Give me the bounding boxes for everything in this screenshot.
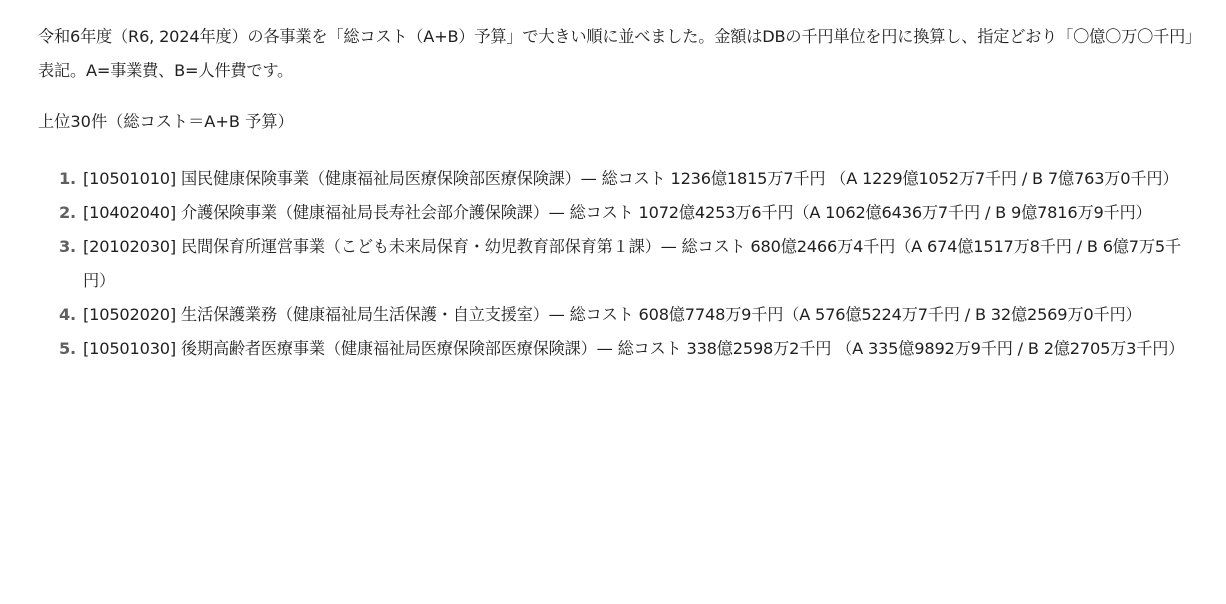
ranking-heading: 上位30件（総コスト＝A+B 予算）: [38, 108, 1194, 136]
list-item: 4. [10502020] 生活保護業務（健康福祉局生活保護・自立支援室）— 総…: [38, 298, 1194, 332]
list-item-number: 2.: [46, 196, 76, 230]
list-item-number: 3.: [46, 230, 76, 264]
list-item: 5. [10501030] 後期高齢者医療事業（健康福祉局医療保険部医療保険課）…: [38, 332, 1194, 366]
ranking-list: 1. [10501010] 国民健康保険事業（健康福祉局医療保険部医療保険課）—…: [38, 162, 1194, 366]
list-item-text: [10501010] 国民健康保険事業（健康福祉局医療保険部医療保険課）— 総コ…: [83, 162, 1194, 196]
list-item-text: [10502020] 生活保護業務（健康福祉局生活保護・自立支援室）— 総コスト…: [83, 298, 1194, 332]
list-item-number: 4.: [46, 298, 76, 332]
list-item-text: [20102030] 民間保育所運営事業（こども未来局保育・幼児教育部保育第１課…: [83, 230, 1194, 298]
list-item-number: 1.: [46, 162, 76, 196]
list-item: 1. [10501010] 国民健康保険事業（健康福祉局医療保険部医療保険課）—…: [38, 162, 1194, 196]
list-item: 2. [10402040] 介護保険事業（健康福祉局長寿社会部介護保険課）— 総…: [38, 196, 1194, 230]
response-document: 令和6年度（R6, 2024年度）の各事業を「総コスト（A+B）予算」で大きい順…: [0, 0, 1226, 366]
list-item: 3. [20102030] 民間保育所運営事業（こども未来局保育・幼児教育部保育…: [38, 230, 1194, 298]
list-item-number: 5.: [46, 332, 76, 366]
list-item-text: [10501030] 後期高齢者医療事業（健康福祉局医療保険部医療保険課）— 総…: [83, 332, 1194, 366]
intro-paragraph: 令和6年度（R6, 2024年度）の各事業を「総コスト（A+B）予算」で大きい順…: [38, 0, 1194, 88]
list-item-text: [10402040] 介護保険事業（健康福祉局長寿社会部介護保険課）— 総コスト…: [83, 196, 1194, 230]
